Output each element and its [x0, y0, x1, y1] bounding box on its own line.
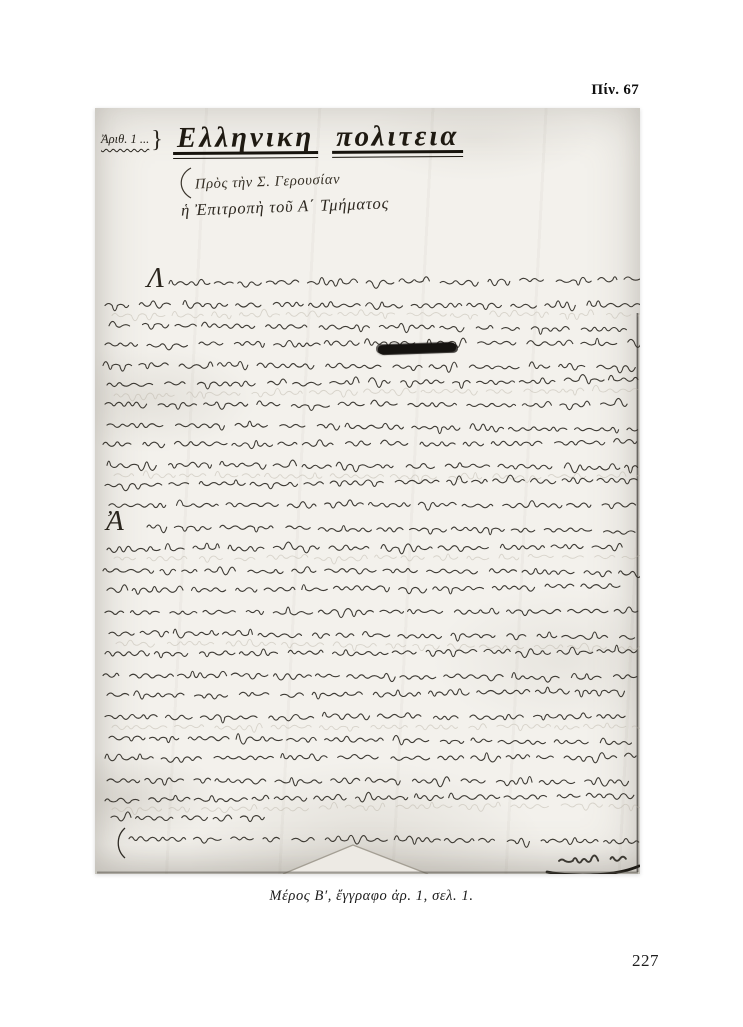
handwriting-line	[169, 275, 640, 290]
book-page: Πίν. 67 Ἀριθ. 1 ...} Ελληνικη πολιτεια Π…	[0, 0, 743, 1027]
showthrough-line	[112, 309, 640, 320]
handwriting-line	[105, 474, 637, 491]
manuscript-title: Ελληνικη πολιτεια	[173, 120, 464, 159]
page-number: 227	[632, 951, 659, 971]
handwriting-line	[105, 712, 625, 723]
handwriting-line	[109, 733, 632, 748]
handwriting-line	[109, 628, 635, 643]
flourish-paren-note	[118, 828, 125, 858]
handwriting-body	[95, 108, 640, 874]
plate-label: Πίν. 67	[591, 82, 639, 99]
handwriting-line	[107, 581, 620, 597]
handwriting-line	[107, 459, 638, 473]
handwriting-line	[107, 541, 622, 555]
handwriting-line	[105, 337, 640, 350]
handwriting-line	[147, 524, 635, 537]
handwriting-line	[105, 752, 636, 765]
title-word-1: Ελληνικη	[173, 121, 318, 159]
handwriting-line	[107, 775, 629, 788]
handwriting-line	[105, 398, 627, 410]
handwriting-line	[107, 420, 638, 435]
handwriting-line	[109, 500, 636, 510]
handwriting-line	[129, 833, 639, 848]
flourish-paren-addressee	[181, 168, 191, 198]
handwriting-line	[103, 566, 640, 578]
docket-number: Ἀριθ. 1 ...}	[101, 130, 163, 148]
showthrough-line	[114, 553, 640, 565]
docket-text: Ἀριθ. 1 ...	[101, 132, 149, 146]
title-word-2: πολιτεια	[332, 120, 463, 158]
docket-brace: }	[151, 127, 163, 153]
paragraph-initial-1: Λ	[147, 265, 164, 293]
showthrough-line	[112, 800, 640, 816]
showthrough-line	[112, 723, 640, 732]
handwriting-line	[105, 790, 634, 804]
showthrough-line	[114, 470, 640, 484]
handwriting-line	[105, 645, 637, 659]
handwriting-line	[103, 438, 637, 449]
handwriting-line	[103, 360, 635, 373]
signature-stroke	[559, 855, 626, 862]
handwriting-line	[107, 374, 638, 391]
handwriting-line	[109, 321, 626, 335]
plate-caption: Μέρος Β′, ἔγγραφο ἀρ. 1, σελ. 1.	[0, 888, 743, 905]
handwriting-line	[111, 812, 264, 822]
paragraph-initial-2: Ἀ	[106, 507, 124, 536]
handwriting-line	[103, 671, 637, 683]
manuscript-photo: Ἀριθ. 1 ...} Ελληνικη πολιτεια Πρὸς τὴν …	[95, 108, 640, 874]
handwriting-line	[105, 607, 638, 618]
handwriting-line	[107, 686, 625, 701]
paper-fold	[283, 845, 428, 874]
showthrough-line	[114, 385, 639, 401]
handwriting-line	[105, 301, 640, 311]
